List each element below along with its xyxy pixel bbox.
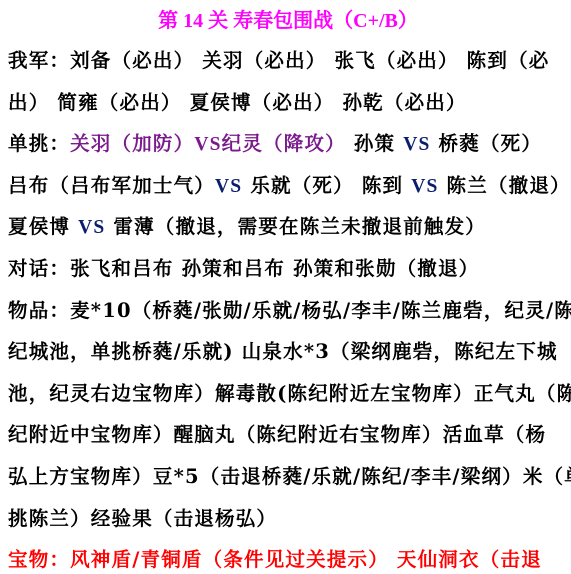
duel-xiahoubo: 夏侯博	[8, 215, 78, 238]
army-text-1: 刘备（必出） 关羽（必出） 张飞（必出） 陈到（必	[70, 49, 549, 72]
items-line-3: 池，纪灵右边宝物库）解毒散(陈纪附近左宝物库）正气丸（陈	[8, 373, 568, 415]
dialog-line: 对话：张飞和吕布 孙策和吕布 孙策和张勋（撤退）	[8, 248, 568, 290]
duel-jiling: 纪灵（降攻）	[222, 132, 346, 155]
document-page: 第 14 关 寿春包围战（C+/B） 我军：刘备（必出） 关羽（必出） 张飞（必…	[8, 2, 568, 574]
duel-qiaorui: 桥蕤（死）	[431, 132, 543, 155]
army-label: 我军：	[8, 49, 70, 72]
items-line-6: 挑陈兰）经验果（击退杨弘）	[8, 498, 568, 540]
vs-text: VS	[403, 134, 430, 155]
dialog-label: 对话：	[8, 257, 70, 280]
items-line-5: 弘上方宝物库）豆*5（击退桥蕤/乐就/陈纪/李丰/梁纲）米（单	[8, 456, 568, 498]
duel-lubu: 吕布（吕布军加士气）	[8, 174, 215, 197]
duel-guanyu: 关羽（加防）	[70, 132, 194, 155]
page-title: 第 14 关 寿春包围战（C+/B）	[8, 2, 568, 40]
army-text-2: 出） 简雍（必出） 夏侯博（必出） 孙乾（必出）	[8, 91, 467, 114]
vs-text: VS	[78, 217, 105, 238]
items-line-1: 物品：麦*10（桥蕤/张勋/乐就/杨弘/李丰/陈兰鹿砦，纪灵/陈	[8, 290, 568, 332]
items-line-2: 纪城池，单挑桥蕤/乐就) 山泉水*3（梁纲鹿砦，陈纪左下城	[8, 331, 568, 373]
duel-line-1: 单挑：关羽（加防）VS纪灵（降攻） 孙策 VS 桥蕤（死）	[8, 123, 568, 165]
duel-label: 单挑：	[8, 132, 70, 155]
duel-lejiu: 乐就（死） 陈到	[242, 174, 411, 197]
army-line-2: 出） 简雍（必出） 夏侯博（必出） 孙乾（必出）	[8, 82, 568, 124]
army-line-1: 我军：刘备（必出） 关羽（必出） 张飞（必出） 陈到（必	[8, 40, 568, 82]
duel-chenlan: 陈兰（撤退）	[439, 174, 571, 197]
dialog-text: 张飞和吕布 孙策和吕布 孙策和张勋（撤退）	[70, 257, 479, 280]
duel-suince: 孙策	[346, 132, 403, 155]
vs-text: VS	[215, 176, 242, 197]
treasure-line: 宝物：风神盾/青铜盾（条件见过关提示） 天仙洞衣（击退	[8, 539, 568, 574]
items-line-4: 纪附近中宝物库）醒脑丸（陈纪附近右宝物库）活血草（杨	[8, 414, 568, 456]
duel-line-2: 吕布（吕布军加士气）VS 乐就（死） 陈到 VS 陈兰（撤退）	[8, 165, 568, 207]
vs-text: VS	[194, 134, 221, 155]
duel-leibo: 雷薄（撤退，需要在陈兰未撤退前触发）	[105, 215, 486, 238]
duel-line-3: 夏侯博 VS 雷薄（撤退，需要在陈兰未撤退前触发）	[8, 206, 568, 248]
vs-text: VS	[411, 176, 438, 197]
